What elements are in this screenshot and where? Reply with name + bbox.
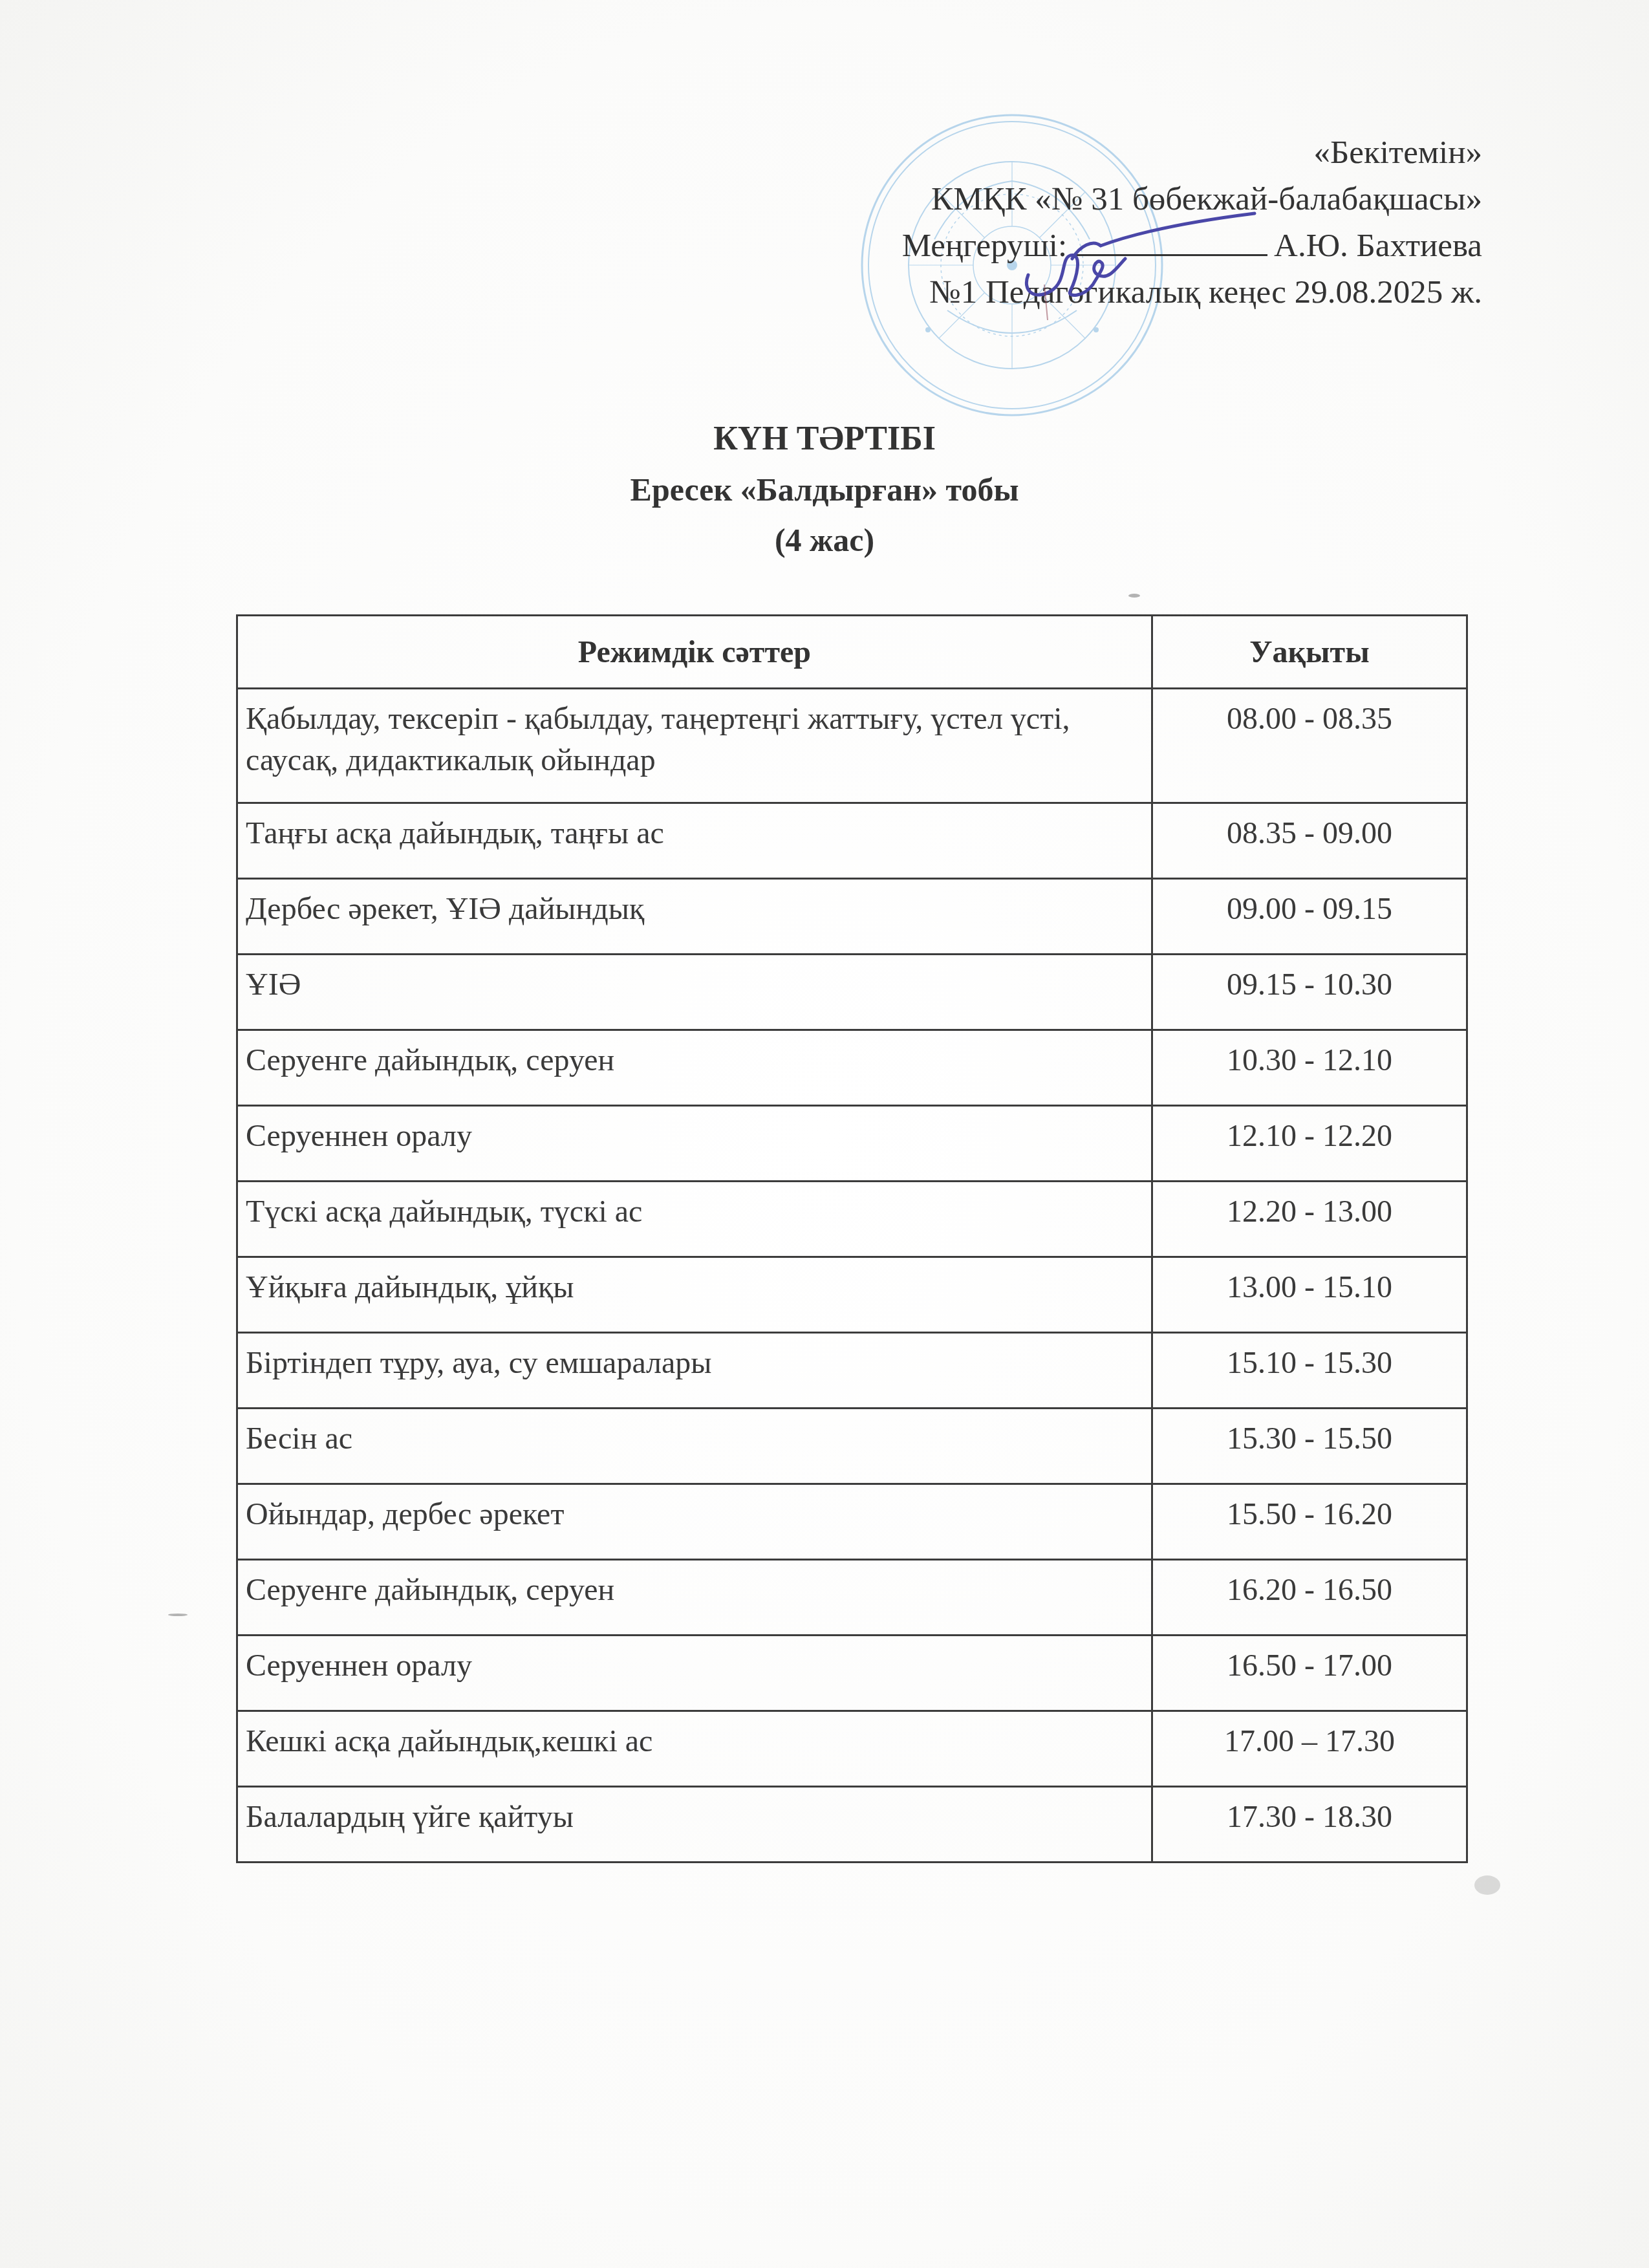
table-row: Дербес әрекет, ҰІӘ дайындық09.00 - 09.15 <box>237 879 1467 955</box>
table-body: Қабылдау, тексеріп - қабылдау, таңертеңг… <box>237 689 1467 1863</box>
group-name: Ересек «Балдырған» тобы <box>0 464 1649 515</box>
time-cell: 16.50 - 17.00 <box>1152 1636 1467 1711</box>
header-activity: Режимдік сәттер <box>237 616 1152 689</box>
activity-cell: ҰІӘ <box>237 955 1152 1030</box>
table-row: Серуеннен оралу12.10 - 12.20 <box>237 1106 1467 1182</box>
activity-cell: Кешкі асқа дайындық,кешкі ас <box>237 1711 1152 1787</box>
activity-cell: Серуенге дайындық, серуен <box>237 1030 1152 1106</box>
time-cell: 17.00 – 17.30 <box>1152 1711 1467 1787</box>
table-row: Балалардың үйге қайтуы17.30 - 18.30 <box>237 1787 1467 1863</box>
time-cell: 13.00 - 15.10 <box>1152 1257 1467 1333</box>
table-row: Кешкі асқа дайындық,кешкі ас17.00 – 17.3… <box>237 1711 1467 1787</box>
time-cell: 15.10 - 15.30 <box>1152 1333 1467 1409</box>
table-row: Біртіндеп тұру, ауа, су емшаралары15.10 … <box>237 1333 1467 1409</box>
activity-cell: Біртіндеп тұру, ауа, су емшаралары <box>237 1333 1152 1409</box>
age-group: (4 жас) <box>0 515 1649 565</box>
activity-cell: Таңғы асқа дайындық, таңғы ас <box>237 803 1152 879</box>
header-time: Уақыты <box>1152 616 1467 689</box>
table-row: Серуенге дайындық, серуен16.20 - 16.50 <box>237 1560 1467 1636</box>
time-cell: 08.00 - 08.35 <box>1152 689 1467 803</box>
table-row: Серуеннен оралу16.50 - 17.00 <box>237 1636 1467 1711</box>
activity-cell: Түскі асқа дайындық, түскі ас <box>237 1182 1152 1257</box>
table-row: ҰІӘ09.15 - 10.30 <box>237 955 1467 1030</box>
scan-speck <box>1474 1875 1500 1895</box>
time-cell: 10.30 - 12.10 <box>1152 1030 1467 1106</box>
daily-schedule-table: Режимдік сәттер Уақыты Қабылдау, тексері… <box>236 614 1468 1863</box>
activity-cell: Серуеннен оралу <box>237 1636 1152 1711</box>
time-cell: 16.20 - 16.50 <box>1152 1560 1467 1636</box>
table-row: Қабылдау, тексеріп - қабылдау, таңертеңг… <box>237 689 1467 803</box>
table-row: Таңғы асқа дайындық, таңғы ас08.35 - 09.… <box>237 803 1467 879</box>
head-name: А.Ю. Бахтиева <box>1274 228 1482 264</box>
table-row: Түскі асқа дайындық, түскі ас12.20 - 13.… <box>237 1182 1467 1257</box>
time-cell: 15.30 - 15.50 <box>1152 1409 1467 1484</box>
title-block: КҮН ТӘРТІБІ Ересек «Балдырған» тобы (4 ж… <box>0 414 1649 565</box>
activity-cell: Серуенге дайындық, серуен <box>237 1560 1152 1636</box>
time-cell: 12.20 - 13.00 <box>1152 1182 1467 1257</box>
table-header-row: Режимдік сәттер Уақыты <box>237 616 1467 689</box>
activity-cell: Ойындар, дербес әрекет <box>237 1484 1152 1560</box>
table-row: Ойындар, дербес әрекет15.50 - 16.20 <box>237 1484 1467 1560</box>
table-row: Бесін ас15.30 - 15.50 <box>237 1409 1467 1484</box>
time-cell: 09.15 - 10.30 <box>1152 955 1467 1030</box>
time-cell: 15.50 - 16.20 <box>1152 1484 1467 1560</box>
activity-cell: Қабылдау, тексеріп - қабылдау, таңертеңг… <box>237 689 1152 803</box>
time-cell: 17.30 - 18.30 <box>1152 1787 1467 1863</box>
table-row: Серуенге дайындық, серуен10.30 - 12.10 <box>237 1030 1467 1106</box>
document-title: КҮН ТӘРТІБІ <box>0 414 1649 464</box>
scan-speck <box>1128 594 1140 598</box>
activity-cell: Дербес әрекет, ҰІӘ дайындық <box>237 879 1152 955</box>
activity-cell: Ұйқыға дайындық, ұйқы <box>237 1257 1152 1333</box>
activity-cell: Серуеннен оралу <box>237 1106 1152 1182</box>
time-cell: 08.35 - 09.00 <box>1152 803 1467 879</box>
table-row: Ұйқыға дайындық, ұйқы13.00 - 15.10 <box>237 1257 1467 1333</box>
activity-cell: Балалардың үйге қайтуы <box>237 1787 1152 1863</box>
time-cell: 09.00 - 09.15 <box>1152 879 1467 955</box>
scan-speck <box>168 1614 188 1616</box>
activity-cell: Бесін ас <box>237 1409 1152 1484</box>
signature-icon <box>931 194 1267 323</box>
approved-label: «Бекітемін» <box>902 129 1482 176</box>
time-cell: 12.10 - 12.20 <box>1152 1106 1467 1182</box>
